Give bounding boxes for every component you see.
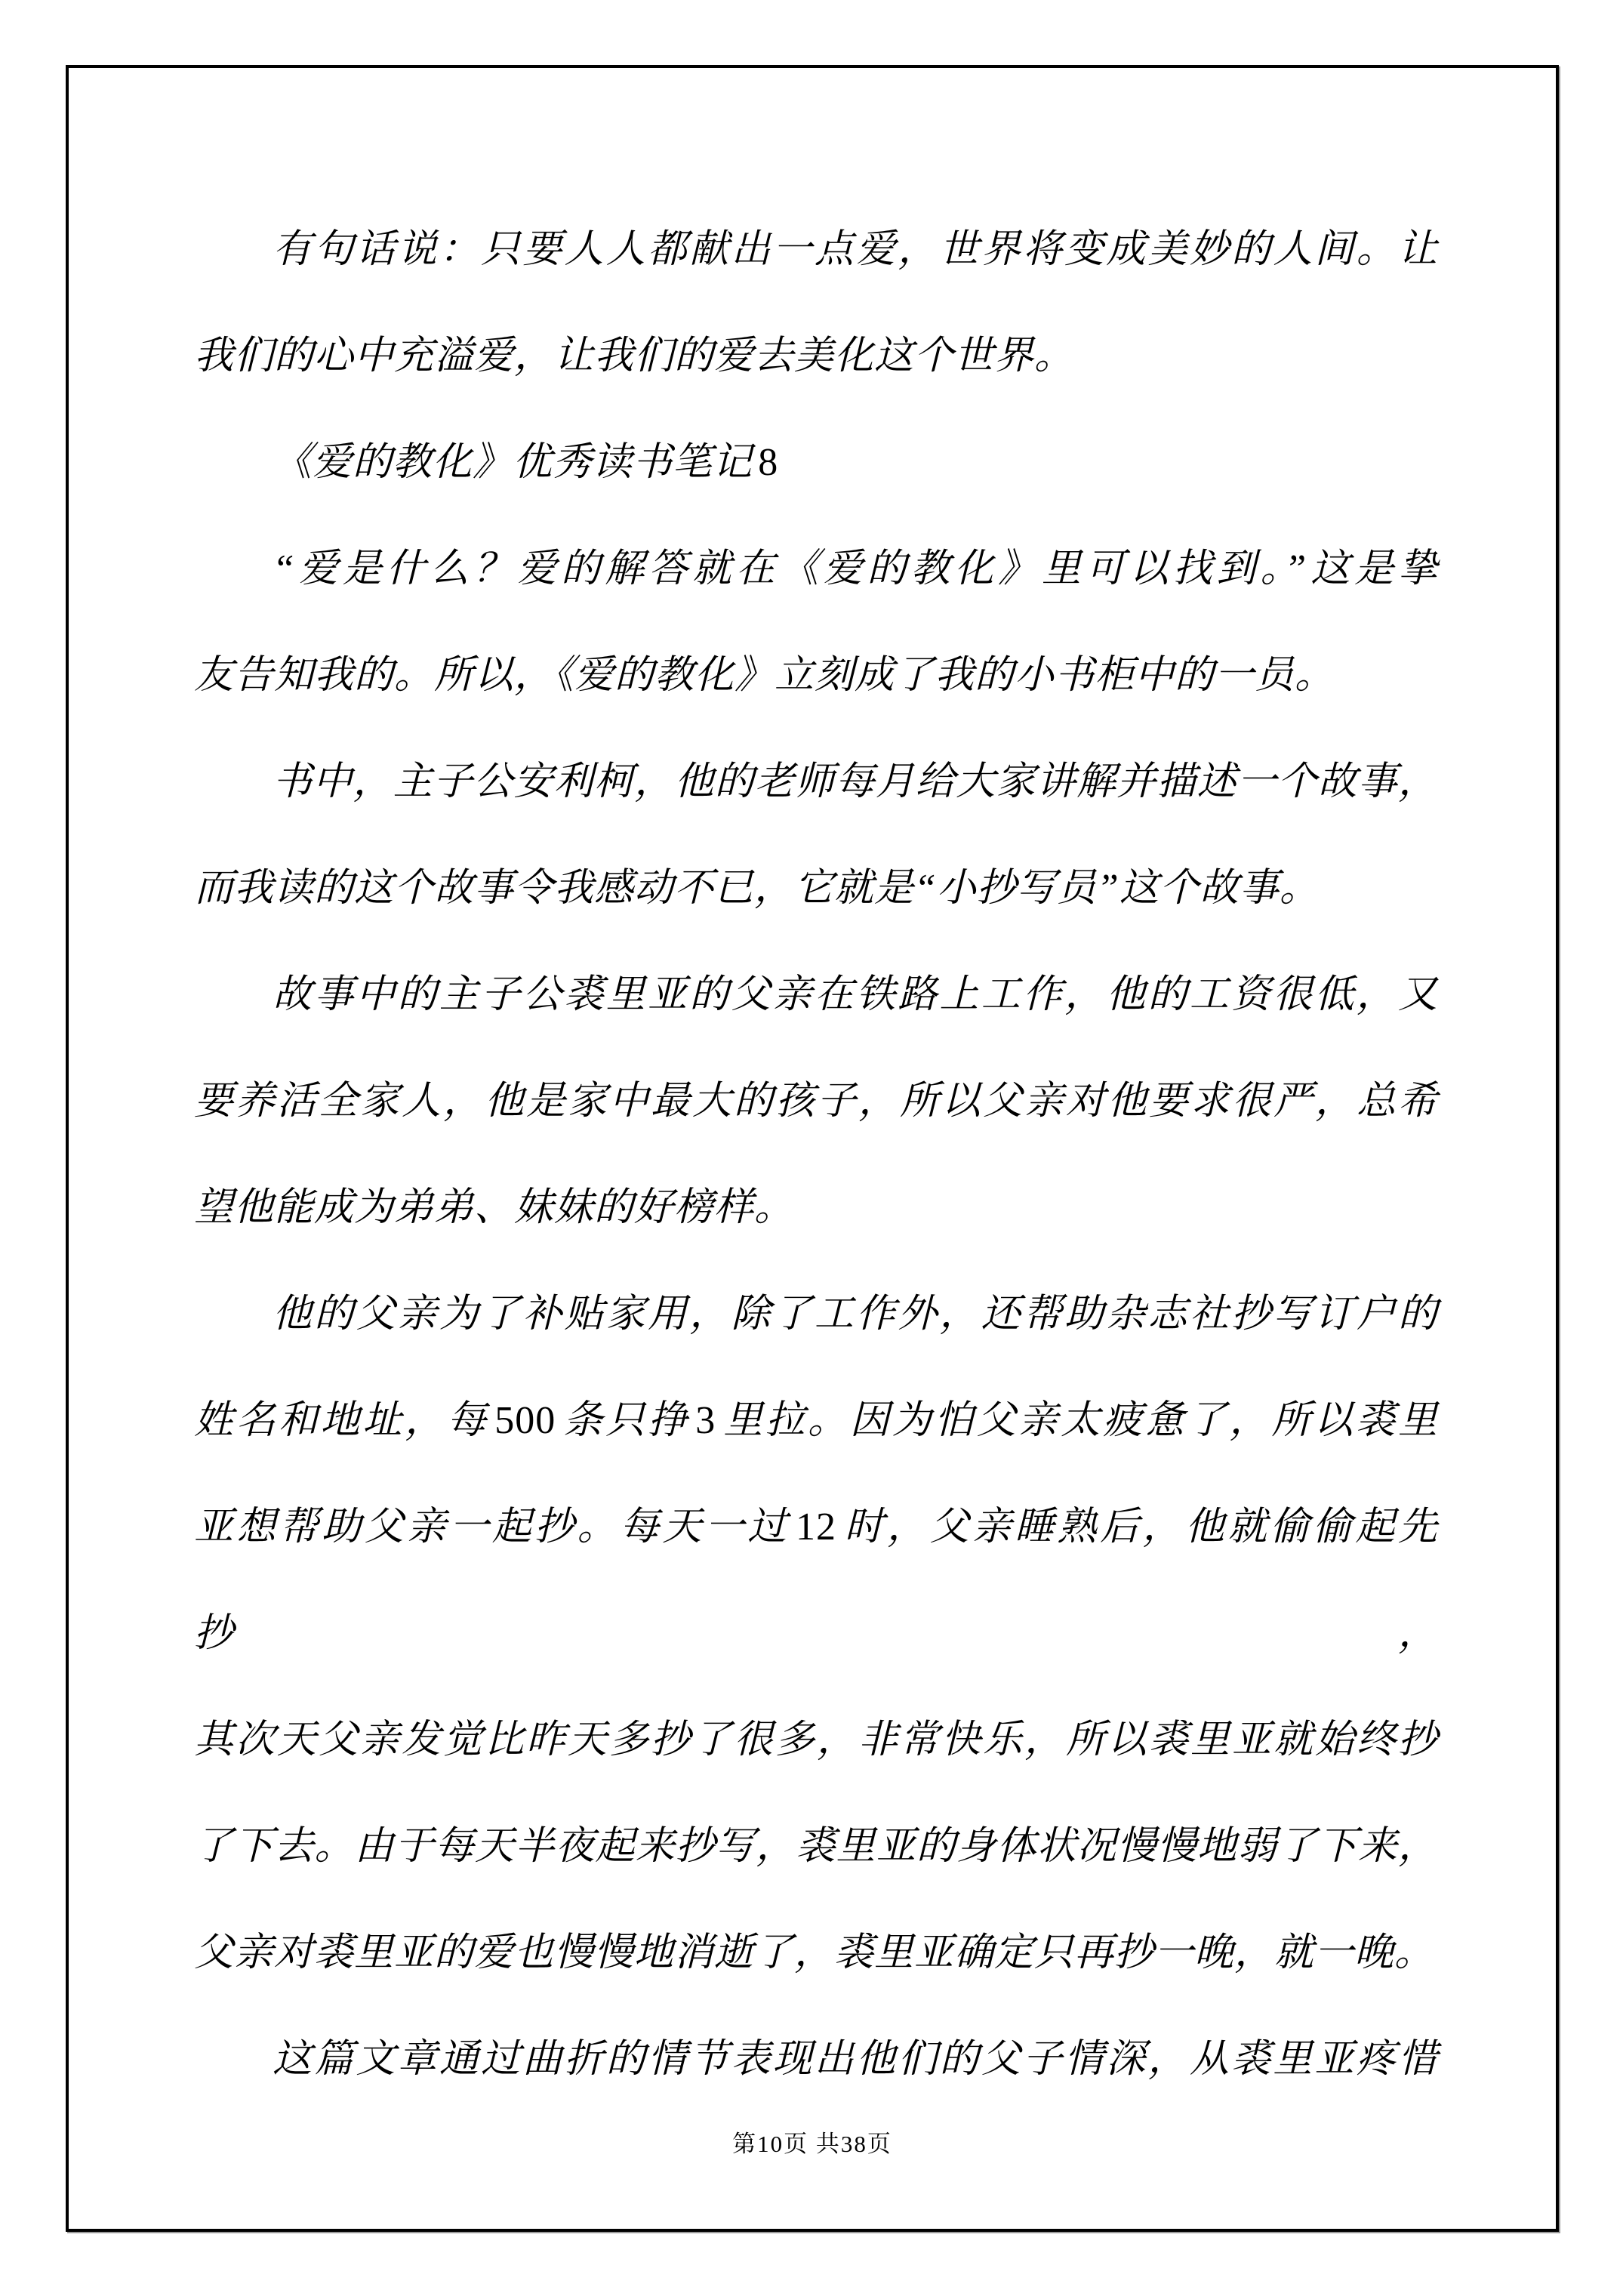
text-line: 亚想帮助父亲一起抄。每天一过12时，父亲睡熟后，他就偷偷起先抄， [194, 1474, 1438, 1687]
text-line: “爱是什么？爱的解答就在《爱的教化》里可以找到。”这是挚 [194, 516, 1438, 622]
text-line: 《爱的教化》优秀读书笔记8 [194, 409, 1438, 516]
text-line: 望他能成为弟弟、妹妹的好榜样。 [194, 1154, 1438, 1261]
text-line: 书中，主子公安利柯，他的老师每月给大家讲解并描述一个故事， [194, 729, 1438, 835]
text-line: 父亲对裘里亚的爱也慢慢地消逝了，裘里亚确定只再抄一晚，就一晚。 [194, 1900, 1438, 2006]
document-body: 有句话说：只要人人都献出一点爱，世界将变成美妙的人间。让我们的心中充溢爱，让我们… [194, 196, 1438, 2113]
text-line: 友告知我的。所以，《爱的教化》立刻成了我的小书柜中的一员。 [194, 622, 1438, 729]
text-line: 了下去。由于每天半夜起来抄写，裘里亚的身体状况慢慢地弱了下来， [194, 1793, 1438, 1900]
text-line: 而我读的这个故事令我感动不已，它就是“小抄写员”这个故事。 [194, 835, 1438, 942]
text-line: 有句话说：只要人人都献出一点爱，世界将变成美妙的人间。让 [194, 196, 1438, 303]
text-line: 要养活全家人，他是家中最大的孩子，所以父亲对他要求很严，总希 [194, 1048, 1438, 1154]
latin-number: 3 [695, 1399, 716, 1442]
text-line: 这篇文章通过曲折的情节表现出他们的父子情深，从裘里亚疼惜 [194, 2006, 1438, 2113]
page-footer: 第10页 共38页 [66, 2131, 1559, 2158]
text-line: 故事中的主子公裘里亚的父亲在铁路上工作，他的工资很低，又 [194, 942, 1438, 1048]
text-line: 姓名和地址，每500条只挣3里拉。因为怕父亲太疲惫了，所以裘里 [194, 1367, 1438, 1474]
document-page: { "document": { "lines": [ { "text": "有句… [0, 0, 1623, 2296]
latin-number: 8 [758, 441, 778, 484]
text-line: 我们的心中充溢爱，让我们的爱去美化这个世界。 [194, 303, 1438, 409]
text-line: 其次天父亲发觉比昨天多抄了很多，非常快乐，所以裘里亚就始终抄 [194, 1687, 1438, 1793]
latin-number: 500 [494, 1399, 556, 1442]
page-number: 第10页 共38页 [732, 2131, 892, 2157]
text-line: 他的父亲为了补贴家用，除了工作外，还帮助杂志社抄写订户的 [194, 1261, 1438, 1367]
latin-number: 12 [796, 1505, 836, 1549]
